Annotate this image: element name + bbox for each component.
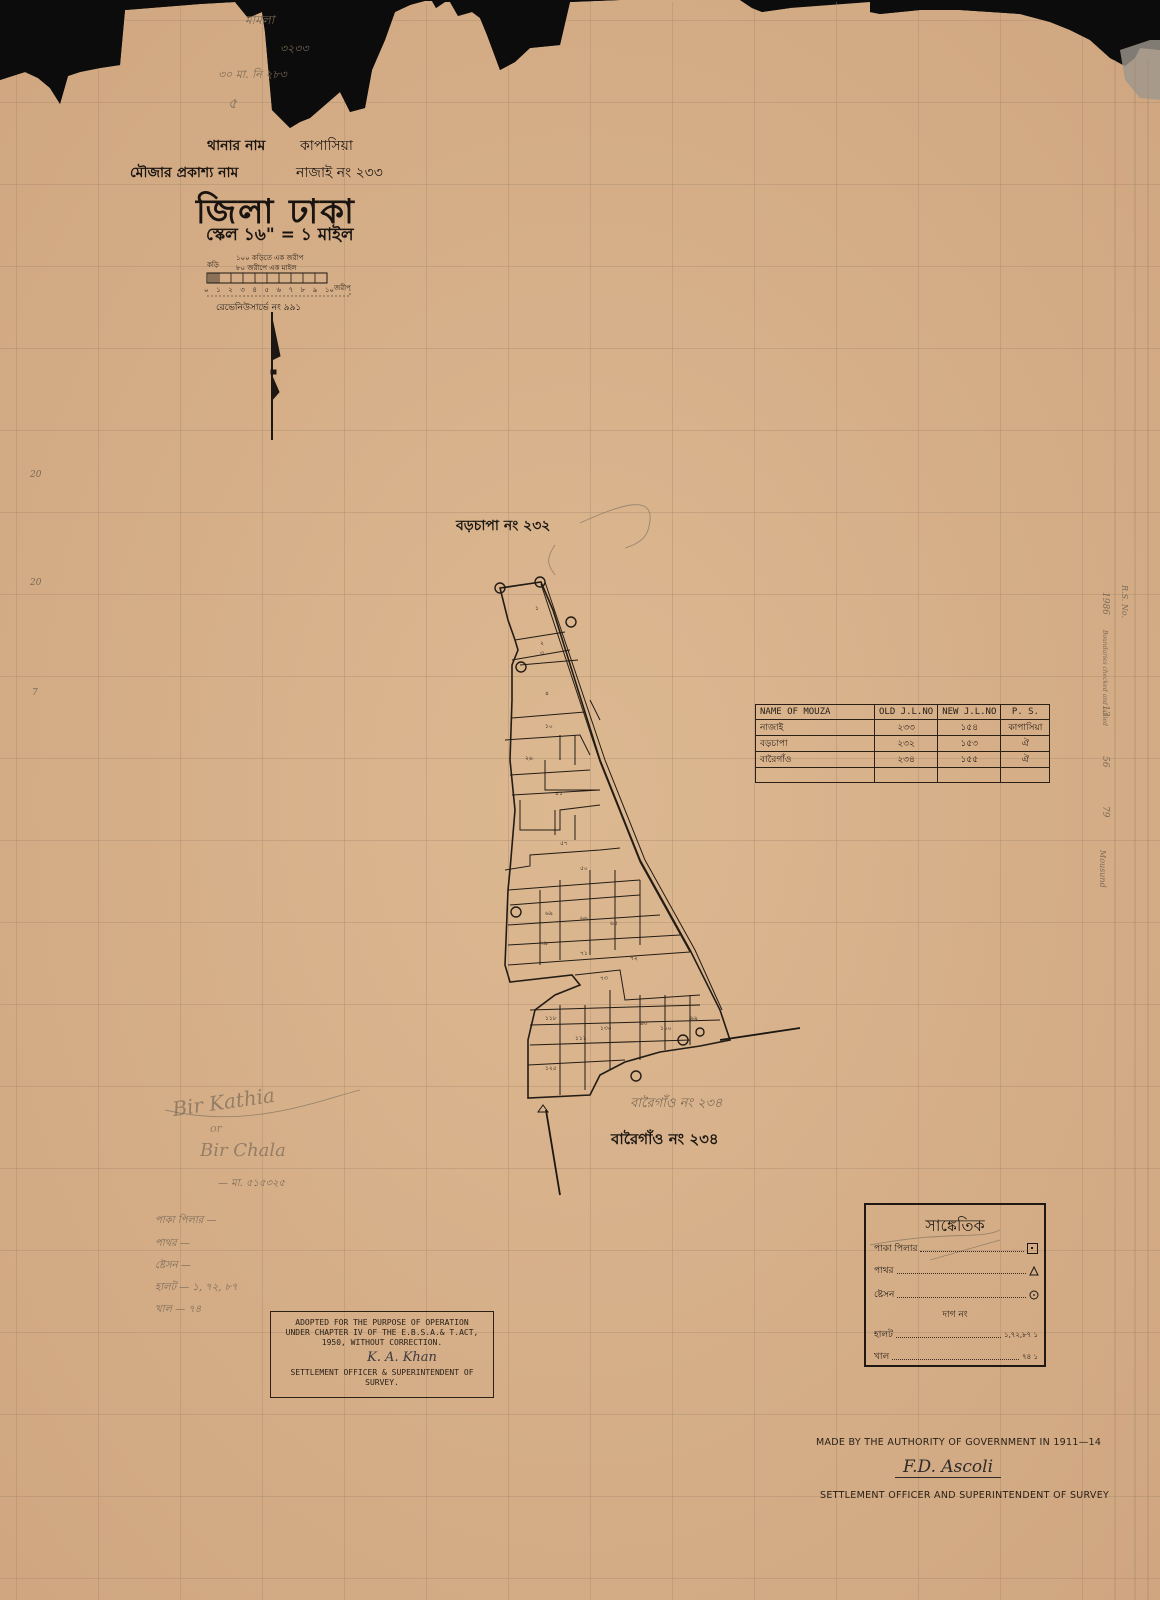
authority-title: SETTLEMENT OFFICER AND SUPERINTENDENT OF…: [820, 1490, 1109, 1501]
triangle-icon: [1029, 1266, 1038, 1275]
svg-text:৩: ৩: [540, 650, 544, 657]
svg-text:১০: ১০: [545, 723, 553, 730]
svg-text:১১১: ১১১: [575, 1035, 587, 1042]
pencil-code-note: — মা. ৫১৫৩২৫: [218, 1176, 285, 1193]
svg-text:৯০: ৯০: [640, 1020, 648, 1027]
legend-title: সাঙ্কেতিক: [866, 1213, 1044, 1240]
svg-text:১২৫: ১২৫: [545, 1065, 557, 1072]
svg-text:৫৭: ৫৭: [560, 840, 568, 847]
authority-statement: MADE BY THE AUTHORITY OF GOVERNMENT IN 1…: [816, 1437, 1101, 1448]
column-header: OLD J.L.NO: [875, 705, 938, 720]
column-header: NAME OF MOUZA: [756, 705, 875, 720]
mouza-label: মৌজার প্রকাশ্য নাম: [130, 161, 238, 185]
pencil-note-top: মামলা: [245, 12, 274, 32]
pencil-note-top: ৫: [228, 92, 237, 116]
svg-text:৬৫: ৬৫: [610, 920, 618, 927]
margin-note-right: Mousund: [1098, 850, 1107, 888]
svg-text:৭২: ৭২: [630, 955, 638, 962]
dag-heading: দাগ নং: [866, 1307, 1044, 1322]
svg-text:৬৯: ৬৯: [545, 910, 553, 917]
scale-right-label: জরীপ: [334, 282, 351, 294]
svg-text:৪১: ৪১: [555, 790, 563, 797]
legend-item: পাকা পিলার: [874, 1241, 1038, 1256]
pencil-list-item: পাথর —: [155, 1236, 190, 1253]
stamp-signature: K. A. Khan: [311, 1350, 493, 1366]
svg-text:২: ২: [540, 640, 544, 647]
margin-note-right: 56: [1100, 756, 1110, 767]
svg-text:১৩০: ১৩০: [600, 1025, 612, 1032]
svg-text:৭৩: ৭৩: [600, 975, 608, 982]
svg-text:২৬: ২৬: [525, 755, 533, 762]
dag-row: খাল ৭৪ ১: [874, 1349, 1038, 1364]
scale-left-label: কড়ি: [207, 259, 219, 271]
svg-text:১১৮: ১১৮: [545, 1015, 557, 1022]
square-dot-icon: [1027, 1243, 1038, 1254]
legend-item: পাথর: [874, 1263, 1038, 1278]
adoption-stamp: ADOPTED FOR THE PURPOSE OF OPERATION UND…: [270, 1311, 494, 1398]
margin-note-right: R.S. No.: [1120, 585, 1129, 618]
mouza-table: NAME OF MOUZA OLD J.L.NO NEW J.L.NO P. S…: [755, 704, 1050, 783]
svg-text:৭১: ৭১: [580, 950, 588, 957]
scale-ticks: ০ ১ ২ ৩ ৪ ৫ ৬ ৭ ৮ ৯ ১০: [204, 284, 334, 296]
circle-dot-icon: [1029, 1290, 1038, 1299]
margin-note: 20: [30, 470, 41, 480]
scale-statement: স্কেল ১৬" = ১ মাইল: [206, 222, 354, 250]
authority-signature: F.D. Ascoli: [895, 1457, 1001, 1478]
pencil-list-item: পাকা পিলার —: [155, 1213, 216, 1230]
margin-note-right: 13: [1100, 705, 1110, 716]
neighbour-south-pencil-label: বারৈগাঁও নং ২৩৪: [630, 1094, 722, 1115]
table-header-row: NAME OF MOUZA OLD J.L.NO NEW J.L.NO P. S…: [756, 705, 1050, 720]
table-row: বারৈগাঁও ২৩৪ ১৫৫ ঐ: [756, 752, 1050, 768]
table-row: বড়চাপা ২৩২ ১৫৩ ঐ: [756, 736, 1050, 752]
pencil-list-item: হালট — ১, ৭২, ৮৭: [155, 1280, 238, 1297]
thana-label: থানার নাম: [207, 134, 265, 158]
neighbour-south-label: বারৈগাঁও নং ২৩৪: [611, 1128, 719, 1153]
margin-note: 7: [32, 688, 38, 698]
svg-text:৬৬: ৬৬: [580, 915, 588, 922]
margin-note-right: 79: [1100, 806, 1110, 817]
pencil-list-item: ষ্টেসন —: [155, 1258, 191, 1275]
revenue-survey-number: রেভেনিউসার্ভে নং ৯৯১: [216, 300, 301, 315]
dag-row: হালট ১,৭২,৮৭ ১: [874, 1327, 1038, 1342]
pencil-list-item: খাল — ৭৪: [155, 1302, 201, 1319]
svg-text:৭৯: ৭৯: [540, 940, 548, 947]
legend-box: সাঙ্কেতিক পাকা পিলার পাথর ষ্টেসন দাগ নং …: [864, 1203, 1046, 1367]
scale-note-2: ৮০ জরীপে এক মাইল: [236, 262, 296, 274]
svg-text:৯৯: ৯৯: [690, 1015, 698, 1022]
neighbour-north-label: বড়চাপা নং ২৩২: [456, 514, 550, 538]
table-row: নাজাই ২৩৩ ১৫৪ কাপাসিয়া: [756, 720, 1050, 736]
table-row: [756, 768, 1050, 783]
thana-value: কাপাসিয়া: [300, 134, 353, 158]
svg-text:১০০: ১০০: [660, 1025, 672, 1032]
pencil-alt-name-note: Bir Chala: [200, 1140, 286, 1161]
legend-item: ষ্টেসন: [874, 1287, 1038, 1302]
margin-note: 20: [30, 578, 41, 588]
map-sheet: ১২৩ ৪১০২৬ ৪১৫৭৫০ ৬৯৬৬৬৫ ৭৯৭১৭২ ৭৩১১৮১১১ …: [0, 0, 1160, 1600]
column-header: P. S.: [1001, 705, 1050, 720]
svg-text:৪: ৪: [545, 690, 549, 697]
column-header: NEW J.L.NO: [938, 705, 1001, 720]
pencil-note-top: ৩০ মা. নি ২৮৩: [218, 66, 287, 85]
svg-text:১: ১: [535, 605, 539, 612]
pencil-or-note: or: [210, 1122, 222, 1135]
margin-note-right: 1986: [1100, 592, 1110, 615]
pencil-note-top: ৩২৩৩: [280, 40, 309, 59]
mouza-value: নাজাই নং ২৩৩: [296, 161, 383, 185]
svg-text:৫০: ৫০: [580, 865, 588, 872]
